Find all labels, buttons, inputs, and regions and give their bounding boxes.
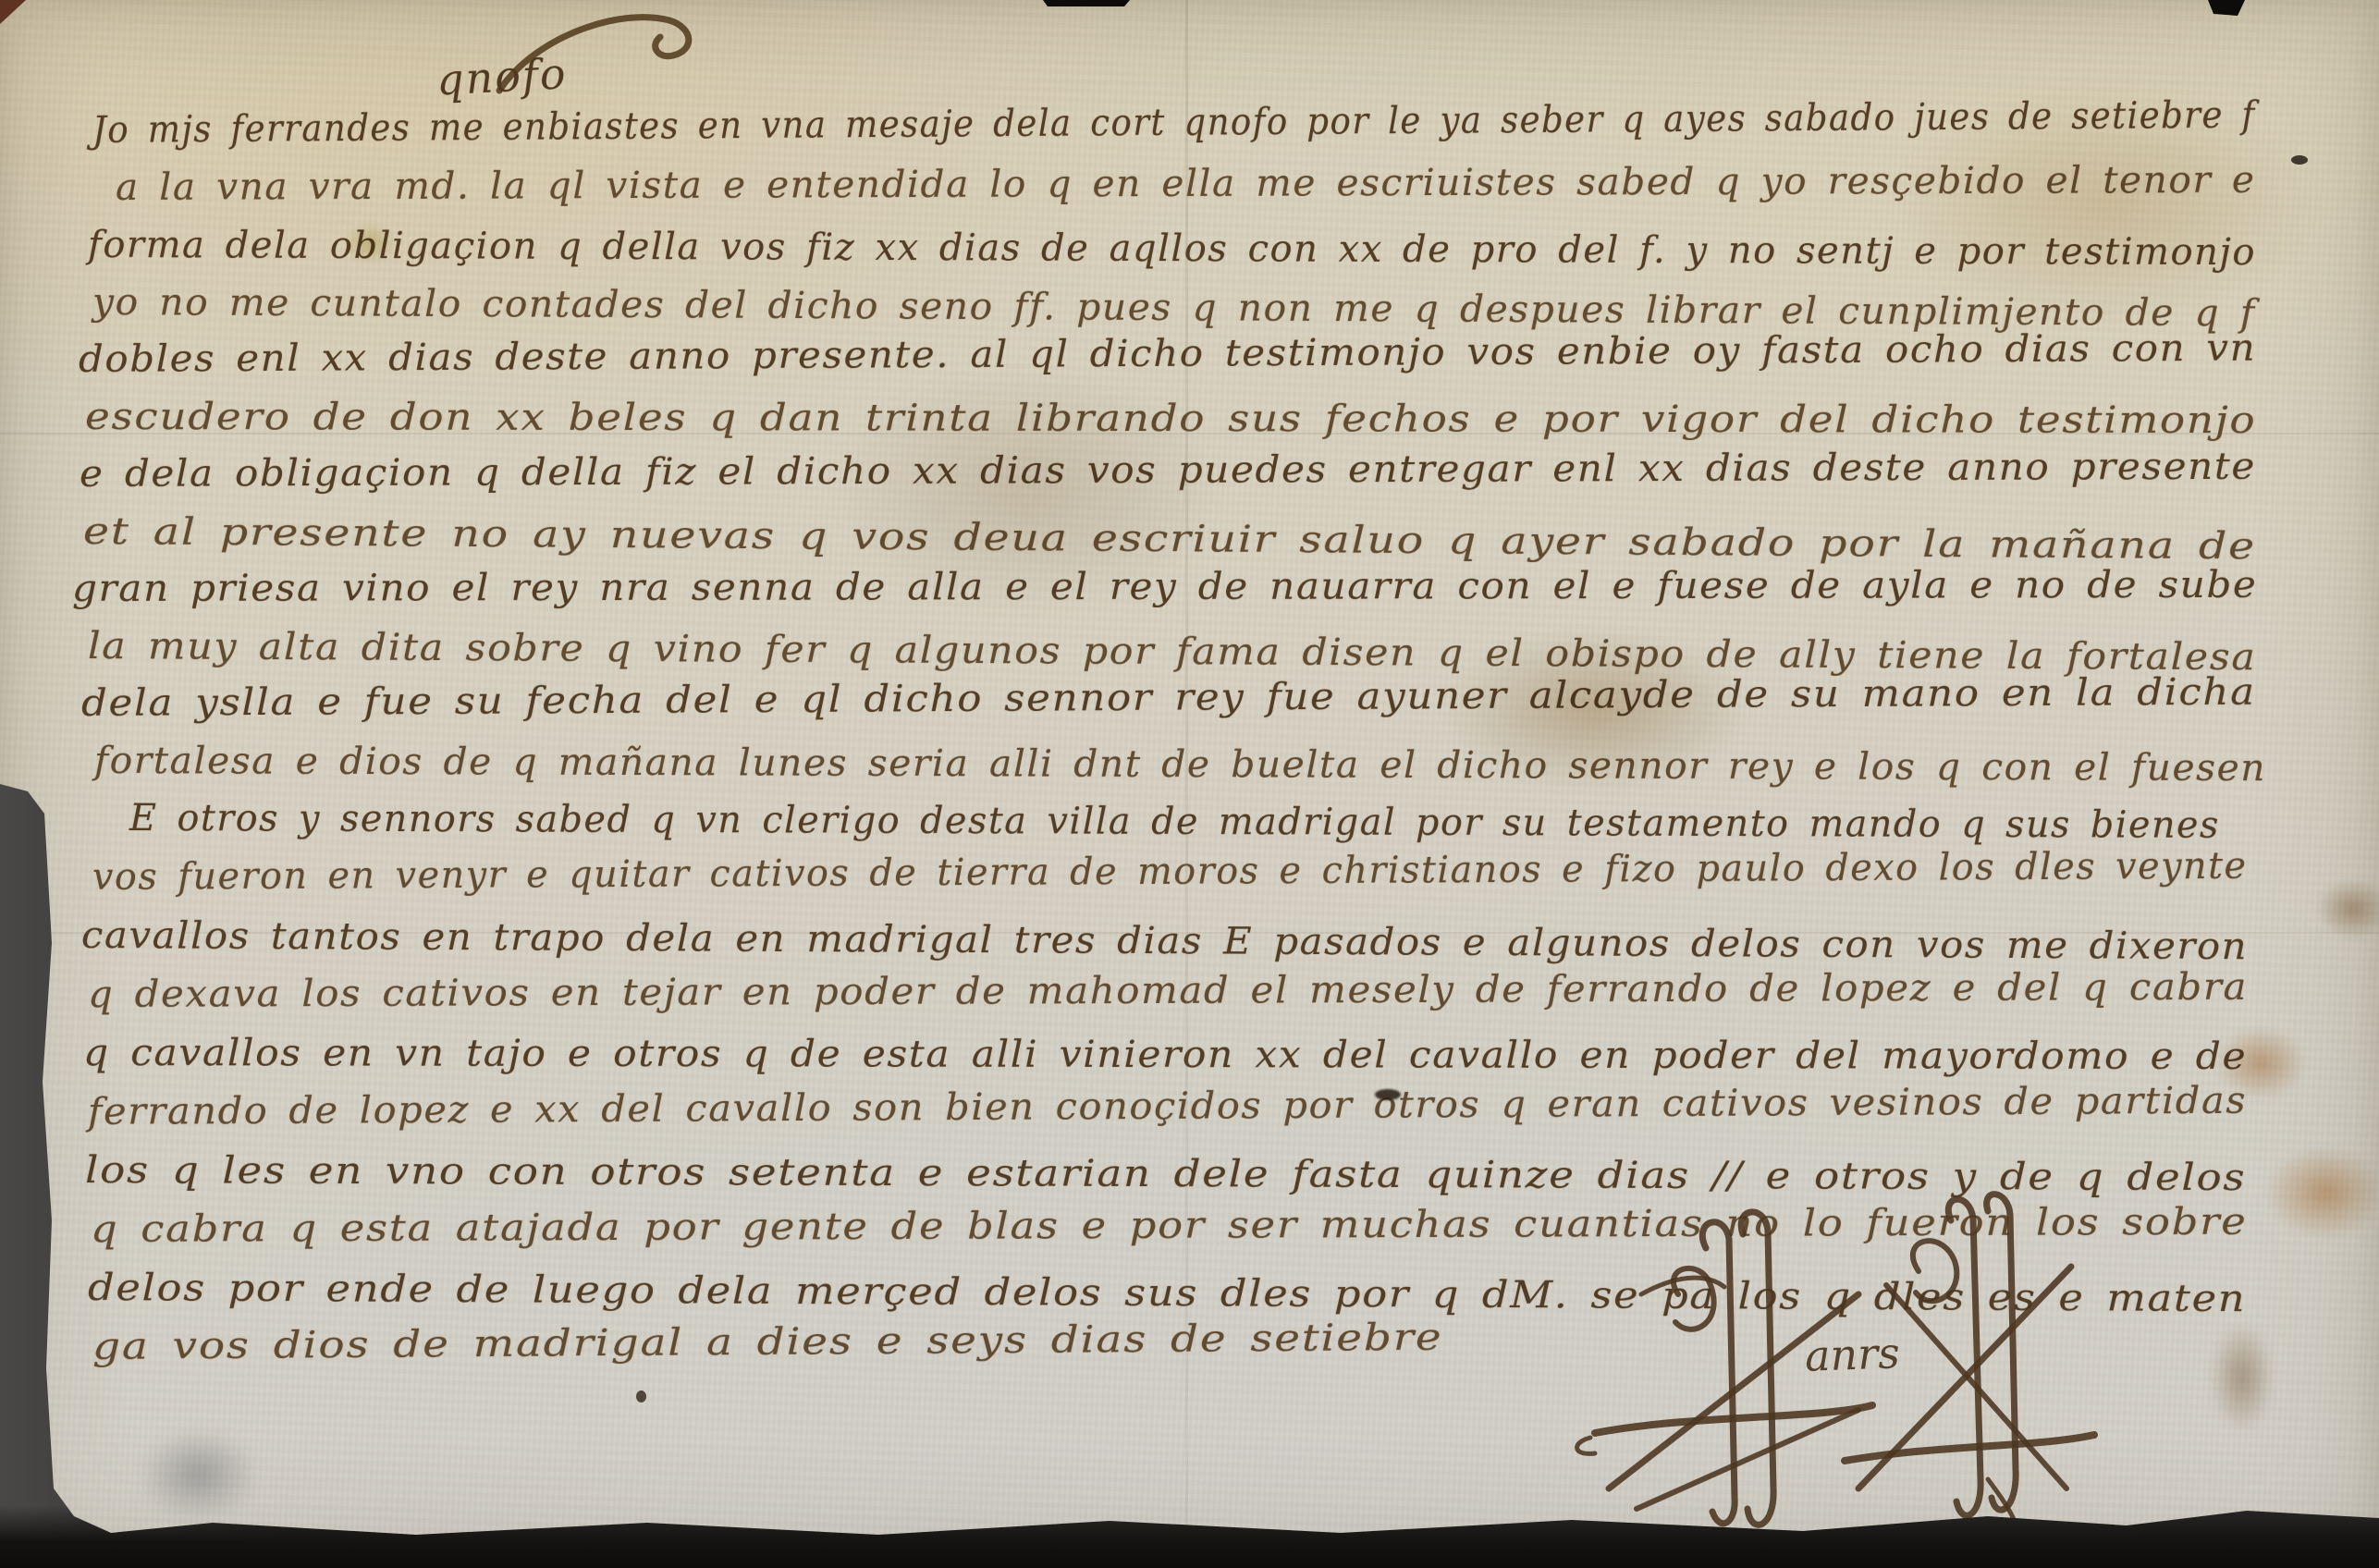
manuscript-line: cavallos tantos en trapo dela en madriga… [81,914,2248,968]
stain [2265,1146,2379,1239]
manuscript-line: ga vos dios de madrigal a dies e seys di… [92,1316,1443,1367]
manuscript-line: q dexava los cativos en tejar en poder d… [88,965,2248,1015]
manuscript-line: q cabra q esta atajada por gente de blas… [91,1200,2248,1250]
manuscript-line: la muy alta dita sobre q vino fer q algu… [88,625,2257,679]
manuscript-line: ferrando de lopez e xx del cavallo son b… [88,1079,2247,1133]
ink-blot [636,1390,646,1403]
manuscript-line: gran priesa vino el rey nra senna de all… [72,564,2257,610]
manuscript-line: fortalesa e dios de q mañana lunes seria… [94,740,2266,790]
manuscript-scan: qnofo Jo mjs ferrandes me enbiastes en v… [0,0,2379,1568]
manuscript-line: vos fueron en venyr e quitar cativos de … [92,844,2248,898]
scan-background-notch [1041,0,1132,7]
ink-blot [2291,155,2308,165]
stain [2210,1322,2275,1433]
manuscript-line: yo no me cuntalo contades del dicho seno… [92,281,2256,335]
stain [139,1428,259,1521]
manuscript-line: a la vna vra md. la ql vista e entendida… [116,159,2256,209]
manuscript-line: forma dela obligaçion q della vos fiz xx… [88,224,2256,274]
manuscript-line: los q les en vno con otros setenta e est… [85,1149,2246,1199]
manuscript-line: q cavallos en vn tajo e otros q de esta … [83,1032,2247,1078]
manuscript-line: dela yslla e fue su fecha del e ql dicho… [81,671,2256,725]
manuscript-line: Jo mjs ferrandes me enbiastes en vna mes… [92,94,2256,152]
manuscript-line: et al presente no ay nuevas q vos deua e… [83,510,2256,568]
manuscript-line: E otros y sennors sabed q vn clerigo des… [129,797,2220,847]
manuscript-line: e dela obligaçion q della fiz el dicho x… [80,446,2256,496]
manuscript-line: escudero de don xx beles q dan trinta li… [85,396,2256,442]
manuscript-line: delos por ende de luego dela merçed delo… [88,1267,2247,1320]
signature-word: anrs [1804,1328,1900,1381]
manuscript-line: dobles enl xx dias deste anno presente. … [79,327,2256,381]
stain [2316,878,2379,939]
docket-annotation: qnofo [435,48,569,104]
manuscript-paper: qnofo Jo mjs ferrandes me enbiastes en v… [0,0,2379,1568]
